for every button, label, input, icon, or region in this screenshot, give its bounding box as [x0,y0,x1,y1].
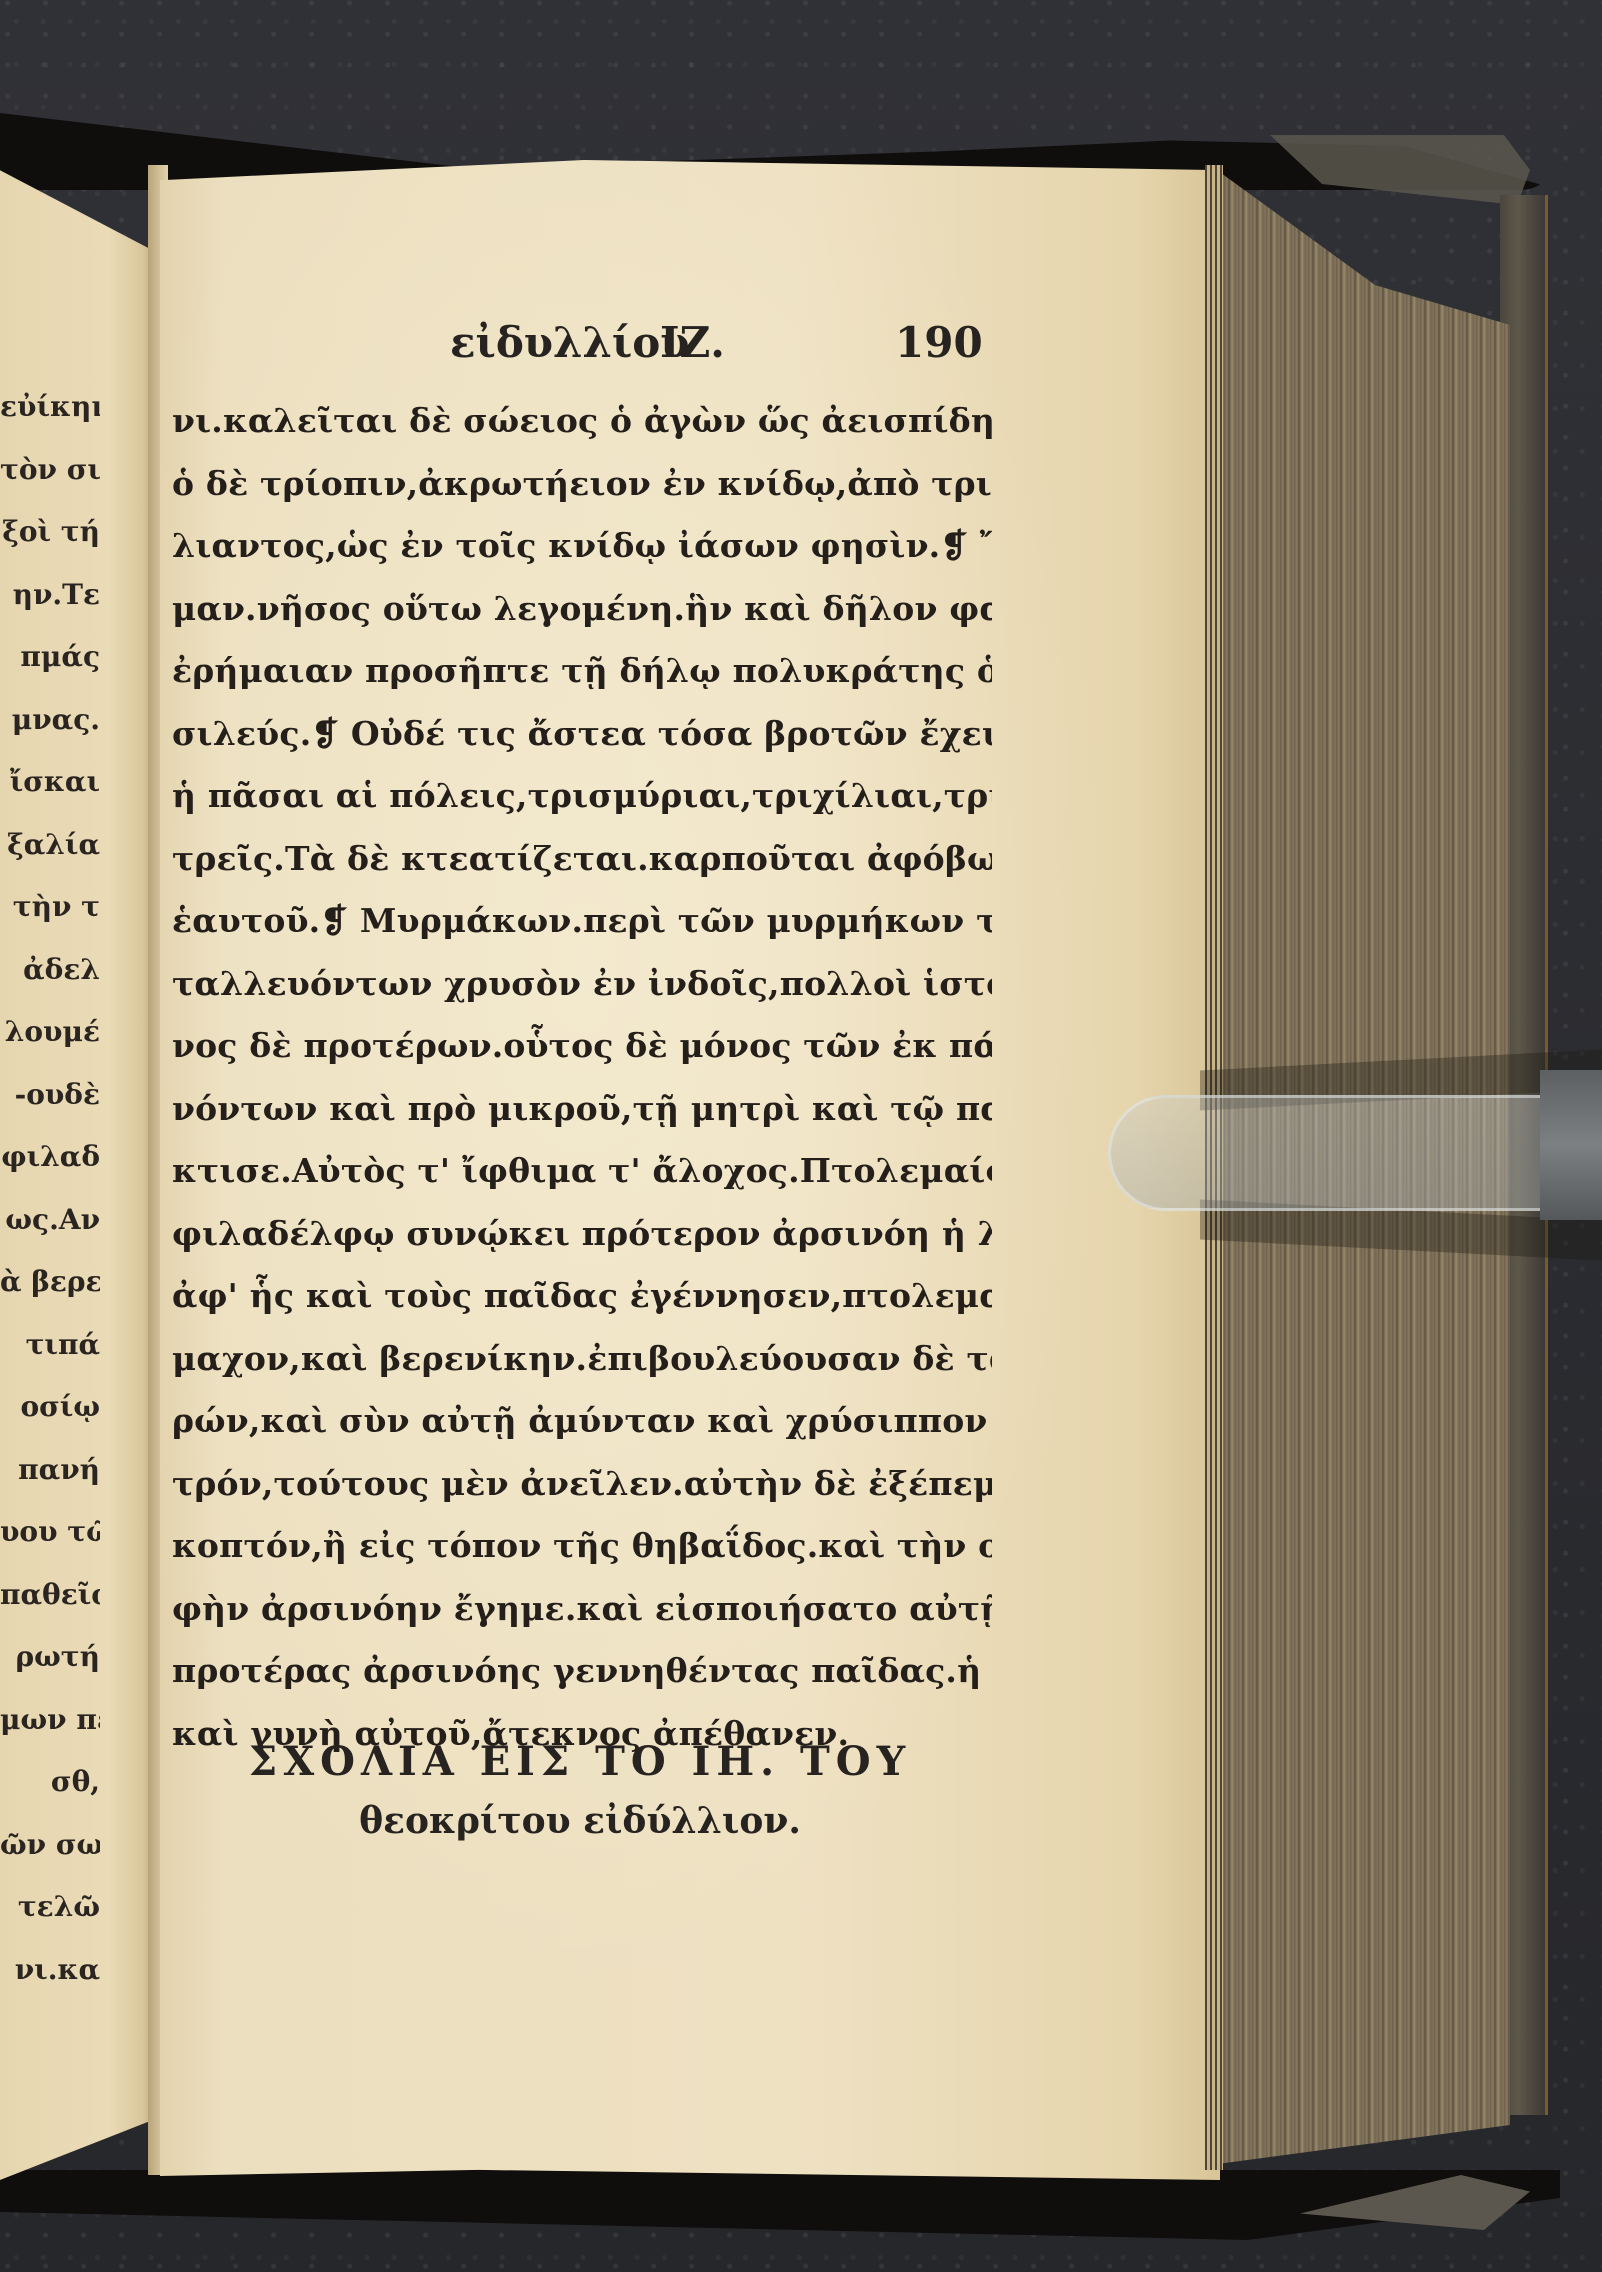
left-page-fragment: πανή [0,1453,100,1486]
text-line: νι.καλεῖται δὲ σώειος ὁ ἀγὼν ὥς ἀεισπίδη… [172,390,992,453]
running-head-title: εἰδυλλίου [450,318,689,367]
page-number: 190 [895,318,983,367]
text-line: ἡ πᾶσαι αἱ πόλεις,τρισμύριαι,τριχίλιαι,τ… [172,765,992,828]
idyll-number: ΙΖ. [660,318,725,367]
left-page-fragment: τὴν τ [0,890,100,923]
page-weight-metal [1540,1070,1602,1220]
left-page-fragment: ην.Τε [0,578,100,611]
left-page-fragment: τιπά [0,1328,100,1361]
left-page-fragment: ἴσκαι [0,765,100,798]
left-page-fragment: ξοὶ τή [0,515,100,548]
page-weight-strip [1108,1095,1602,1211]
left-page-fragment: ῶν σω [0,1828,100,1861]
text-line: κτισε.Αὐτὸς τ' ἴφθιμα τ' ἄλοχος.Πτολεμαί… [172,1140,992,1203]
text-line: νος δὲ προτέρων.οὗτος δὲ μόνος τῶν ἐκ πά… [172,1015,992,1078]
left-page: εὐίκηντὸν σιξοὶ τήην.Τεπμάςμνας.ἴσκαιξαλ… [0,150,155,2180]
section-heading: ΣΧΟΛΙΑ ΕΙΣ ΤΟ ΙΗ. ΤΟΥ [230,1738,930,1785]
left-page-fragment: ὰ βερε [0,1265,100,1298]
left-page-fragment: παθεῖο [0,1578,100,1611]
text-line: λιαντος,ὡς ἐν τοῖς κνίδῳ ἰάσων φησὶν.❡ Ἴ… [172,515,992,578]
text-line: προτέρας ἀρσινόης γεννηθέντας παῖδας.ἡ γ… [172,1640,992,1703]
text-line: φὴν ἀρσινόην ἔγημε.καὶ εἰσποιήσατο αὐτῇ,… [172,1578,992,1641]
left-page-fragment: τελῶ [0,1890,100,1923]
text-line: τρεῖς.Τὰ δὲ κτεατίζεται.καρποῦται ἀφόβως… [172,828,992,891]
left-page-fragment: λουμέ [0,1015,100,1048]
left-page-fragment: ἀδελ [0,953,100,986]
text-line: ἑαυτοῦ.❡ Μυρμάκων.περὶ τῶν μυρμήκων τῶν … [172,890,992,953]
text-line: φιλαδέλφῳ συνῴκει πρότερον ἀρσινόη ἡ λυσ… [172,1203,992,1266]
text-line: τρόν,τούτους μὲν ἀνεῖλεν.αὐτὴν δὲ ἐξέπεμ… [172,1453,992,1516]
left-page-fragment: πμάς [0,640,100,673]
running-head: εἰδυλλίου ΙΖ. 190 [350,318,1070,368]
text-line: νόντων καὶ πρὸ μικροῦ,τῇ μητρὶ καὶ τῷ πα… [172,1078,992,1141]
left-page-fragment: ως.Αν [0,1203,100,1236]
left-page-fragment: υου τῶ [0,1515,100,1548]
left-page-fragment: μων πέ [0,1703,100,1736]
text-line: ὁ δὲ τρίοπιν,ἀκρωτήειον ἐν κνίδῳ,ἀπὸ τρι… [172,453,992,516]
left-page-fragment: εὐίκην [0,390,100,423]
left-page-fragment: φιλαδ [0,1140,100,1173]
text-line: ἀφ' ἧς καὶ τοὺς παῖδας ἐγέννησεν,πτολεμα… [172,1265,992,1328]
body-text: νι.καλεῖται δὲ σώειος ὁ ἀγὼν ὥς ἀεισπίδη… [172,390,992,1765]
text-line: σιλεύς.❡ Οὐδέ τις ἄστεα τόσα βροτῶν ἔχει… [172,703,992,766]
left-page-fragment: οσίῳ [0,1390,100,1423]
left-page-fragment: -ουδὲ [0,1078,100,1111]
left-page-fragment: ρωτή [0,1640,100,1673]
section-subheading: θεοκρίτου εἰδύλλιον. [230,1800,930,1842]
text-line: κοπτόν,ἢ εἰς τόπον τῆς θηβαΐδος.καὶ τὴν … [172,1515,992,1578]
left-page-fragment: ξαλία [0,828,100,861]
left-page-fragment: μνας. [0,703,100,736]
left-page-fragment: τὸν σι [0,453,100,486]
left-page-fragment: νι.κα [0,1953,100,1986]
text-line: μαχον,καὶ βερενίκην.ἐπιβουλεύουσαν δὲ τα… [172,1328,992,1391]
text-line: μαν.νῆσος οὕτω λεγομένη.ἣν καὶ δῆλον φασ… [172,578,992,641]
left-page-fragment: σθ, [0,1765,100,1798]
text-line: ταλλευόντων χρυσὸν ἐν ἰνδοῖς,πολλοὶ ἱστο… [172,953,992,1016]
text-line: ρών,καὶ σὺν αὐτῇ ἀμύνταν καὶ χρύσιππον τ… [172,1390,992,1453]
text-line: ἐρήμαιαν προσῆπτε τῇ δήλῳ πολυκράτης ὁ σ… [172,640,992,703]
